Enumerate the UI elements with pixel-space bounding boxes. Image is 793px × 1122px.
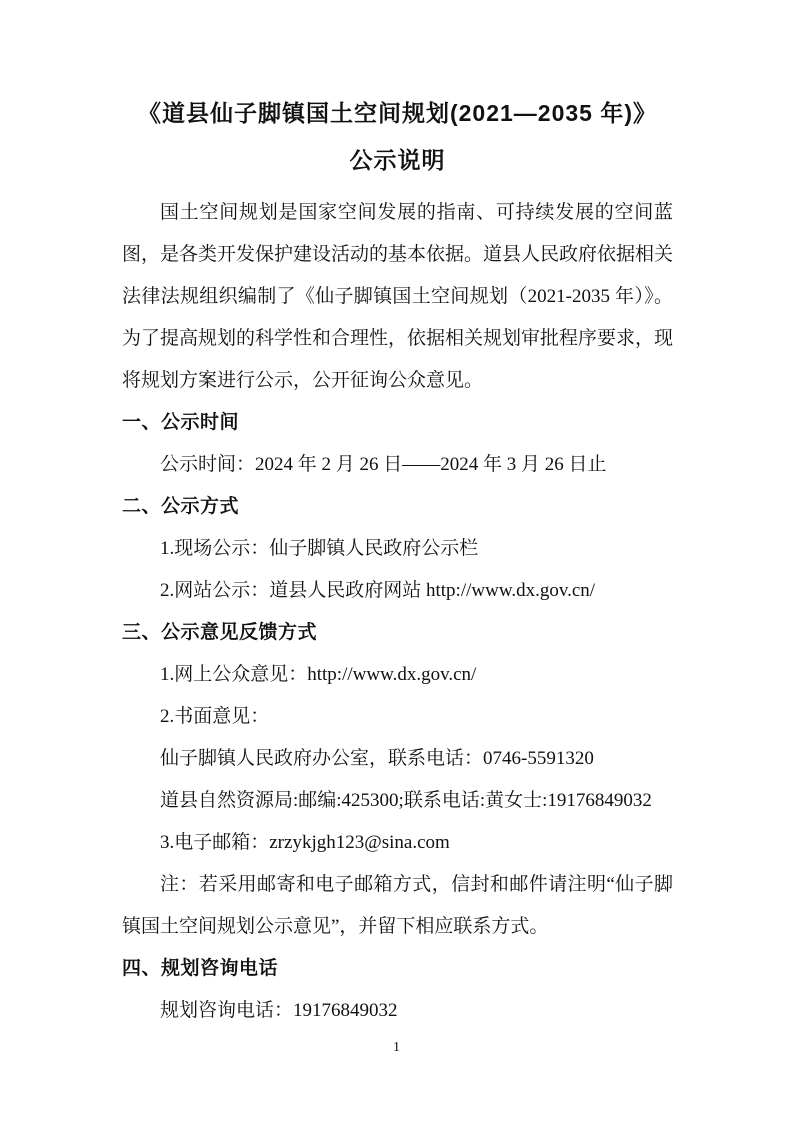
written-opinion-line: 2.书面意见： — [122, 696, 673, 738]
page-title: 《道县仙子脚镇国土空间规划(2021—2035 年)》 公示说明 — [122, 90, 673, 184]
title-line-2: 公示说明 — [122, 137, 673, 184]
section-heading-publicity-method: 二、公示方式 — [122, 486, 673, 528]
email-line: 3.电子邮箱：zrzykjgh123@sina.com — [122, 822, 673, 864]
title-line-1: 《道县仙子脚镇国土空间规划(2021—2035 年)》 — [122, 90, 673, 137]
intro-paragraph: 国土空间规划是国家空间发展的指南、可持续发展的空间蓝图，是各类开发保护建设活动的… — [122, 192, 673, 402]
town-office-contact-line: 仙子脚镇人民政府办公室，联系电话：0746-5591320 — [122, 738, 673, 780]
document-page: 《道县仙子脚镇国土空间规划(2021—2035 年)》 公示说明 国土空间规划是… — [0, 0, 793, 1122]
section-heading-feedback-method: 三、公示意见反馈方式 — [122, 612, 673, 654]
onsite-publicity-line: 1.现场公示：仙子脚镇人民政府公示栏 — [122, 528, 673, 570]
publicity-time-line: 公示时间：2024 年 2 月 26 日——2024 年 3 月 26 日止 — [122, 444, 673, 486]
section-heading-consult-phone: 四、规划咨询电话 — [122, 948, 673, 990]
website-publicity-line: 2.网站公示：道县人民政府网站 http://www.dx.gov.cn/ — [122, 570, 673, 612]
consult-phone-line: 规划咨询电话：19176849032 — [122, 990, 673, 1032]
document-content: 《道县仙子脚镇国土空间规划(2021—2035 年)》 公示说明 国土空间规划是… — [0, 0, 793, 1032]
section-heading-publicity-time: 一、公示时间 — [122, 402, 673, 444]
page-number: 1 — [0, 1038, 793, 1058]
online-opinion-line: 1.网上公众意见：http://www.dx.gov.cn/ — [122, 654, 673, 696]
note-paragraph: 注：若采用邮寄和电子邮箱方式，信封和邮件请注明“仙子脚镇国土空间规划公示意见”，… — [122, 864, 673, 948]
resources-bureau-contact-line: 道县自然资源局:邮编:425300;联系电话:黄女士:19176849032 — [122, 780, 673, 822]
